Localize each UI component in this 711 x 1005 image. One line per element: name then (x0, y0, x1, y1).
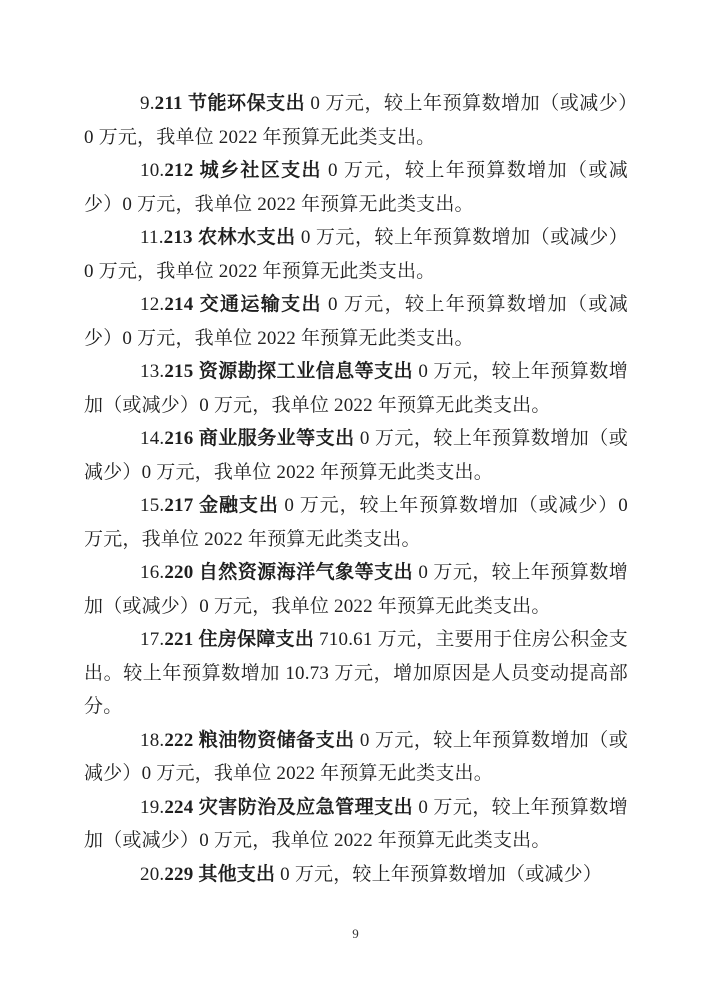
item-code-name: 212 城乡社区支出 (164, 160, 322, 181)
item-number: 19. (140, 797, 164, 818)
item-number: 16. (140, 562, 164, 583)
item-number: 12. (140, 294, 164, 315)
item-code-name: 221 住房保障支出 (164, 629, 314, 650)
budget-item-paragraph: 16.220 自然资源海洋气象等支出 0 万元，较上年预算数增加（或减少）0 万… (84, 556, 628, 623)
item-code-name: 214 交通运输支出 (164, 294, 322, 315)
item-number: 9. (140, 93, 155, 114)
budget-item-paragraph: 11.213 农林水支出 0 万元，较上年预算数增加（或减少）0 万元，我单位 … (84, 221, 628, 288)
item-code-name: 211 节能环保支出 (155, 93, 306, 114)
item-number: 17. (140, 629, 164, 650)
budget-item-paragraph: 17.221 住房保障支出 710.61 万元，主要用于住房公积金支出。较上年预… (84, 623, 628, 724)
item-code-name: 215 资源勘探工业信息等支出 (164, 361, 413, 382)
item-number: 15. (140, 495, 164, 516)
item-code-name: 220 自然资源海洋气象等支出 (164, 562, 413, 583)
item-code-name: 213 农林水支出 (164, 227, 296, 248)
page-number: 9 (352, 926, 359, 941)
budget-item-paragraph: 14.216 商业服务业等支出 0 万元，较上年预算数增加（或减少）0 万元，我… (84, 422, 628, 489)
budget-item-paragraph: 15.217 金融支出 0 万元，较上年预算数增加（或减少）0 万元，我单位 2… (84, 489, 628, 556)
item-code-name: 222 粮油物资储备支出 (164, 730, 354, 751)
item-number: 18. (140, 730, 164, 751)
budget-item-paragraph: 19.224 灾害防治及应急管理支出 0 万元，较上年预算数增加（或减少）0 万… (84, 791, 628, 858)
item-number: 11. (140, 227, 164, 248)
budget-item-paragraph: 13.215 资源勘探工业信息等支出 0 万元，较上年预算数增加（或减少）0 万… (84, 355, 628, 422)
item-code-name: 224 灾害防治及应急管理支出 (164, 797, 413, 818)
item-code-name: 216 商业服务业等支出 (164, 428, 354, 449)
document-page: 9.211 节能环保支出 0 万元，较上年预算数增加（或减少）0 万元，我单位 … (0, 0, 711, 1005)
budget-item-paragraph: 9.211 节能环保支出 0 万元，较上年预算数增加（或减少）0 万元，我单位 … (84, 87, 628, 154)
item-description: 0 万元，较上年预算数增加（或减少） (275, 864, 602, 885)
item-code-name: 229 其他支出 (164, 864, 275, 885)
item-number: 20. (140, 864, 164, 885)
item-code-name: 217 金融支出 (164, 495, 278, 516)
item-number: 13. (140, 361, 164, 382)
item-number: 14. (140, 428, 164, 449)
budget-item-paragraph: 10.212 城乡社区支出 0 万元，较上年预算数增加（或减少）0 万元，我单位… (84, 154, 628, 221)
budget-item-paragraph: 18.222 粮油物资储备支出 0 万元，较上年预算数增加（或减少）0 万元，我… (84, 724, 628, 791)
budget-item-paragraph: 12.214 交通运输支出 0 万元，较上年预算数增加（或减少）0 万元，我单位… (84, 288, 628, 355)
page-footer: 9 (0, 926, 711, 942)
budget-items-list: 9.211 节能环保支出 0 万元，较上年预算数增加（或减少）0 万元，我单位 … (84, 87, 628, 891)
item-number: 10. (140, 160, 164, 181)
budget-item-paragraph: 20.229 其他支出 0 万元，较上年预算数增加（或减少） (84, 858, 628, 892)
